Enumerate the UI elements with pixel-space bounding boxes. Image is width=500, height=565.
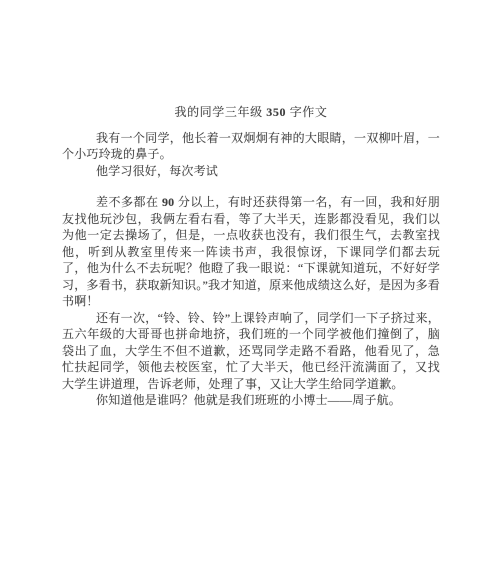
document-page: 我的同学三年级 350 字作文 我有一个同学，他长着一双炯炯有神的大眼睛，一双柳… — [0, 0, 500, 565]
essay-body: 我有一个同学，他长着一双炯炯有神的大眼睛，一双柳叶眉，一个小巧玲珑的鼻子。他学习… — [62, 130, 440, 409]
text-run: 分以上，有时还获得第一名，有一回，我和好朋友找他玩沙包，我俩左看右看，等了大半天… — [62, 195, 440, 308]
essay-paragraph: 差不多都在 90 分以上，有时还获得第一名，有一回，我和好朋友找他玩沙包，我俩左… — [62, 194, 440, 310]
bold-number: 350 — [266, 105, 286, 119]
text-run: 我的同学三年级 — [174, 105, 266, 119]
text-run: 我有一个同学，他长着一双炯炯有神的大眼睛，一双柳叶眉，一个小巧玲珑的鼻子。 — [62, 131, 440, 162]
text-run: 还有一次，“铃、铃、铃”上课铃声响了，同学们一下子挤过来，五六年级的大哥哥也拼命… — [62, 311, 440, 391]
text-run: 他学习很好，每次考试 — [96, 164, 218, 178]
text-run: 差不多都在 — [96, 195, 162, 209]
essay-title: 我的同学三年级 350 字作文 — [62, 104, 440, 121]
bold-number: 90 — [162, 195, 174, 209]
essay-paragraph: 他学习很好，每次考试 — [62, 163, 440, 180]
text-run: 字作文 — [286, 105, 327, 119]
essay-paragraph: 你知道他是谁吗？他就是我们班班的小博士——周子航。 — [62, 392, 440, 409]
text-run: 你知道他是谁吗？他就是我们班班的小博士——周子航。 — [96, 393, 401, 407]
essay-paragraph: 我有一个同学，他长着一双炯炯有神的大眼睛，一双柳叶眉，一个小巧玲珑的鼻子。 — [62, 130, 440, 163]
essay-paragraph: 还有一次，“铃、铃、铃”上课铃声响了，同学们一下子挤过来，五六年级的大哥哥也拼命… — [62, 310, 440, 393]
